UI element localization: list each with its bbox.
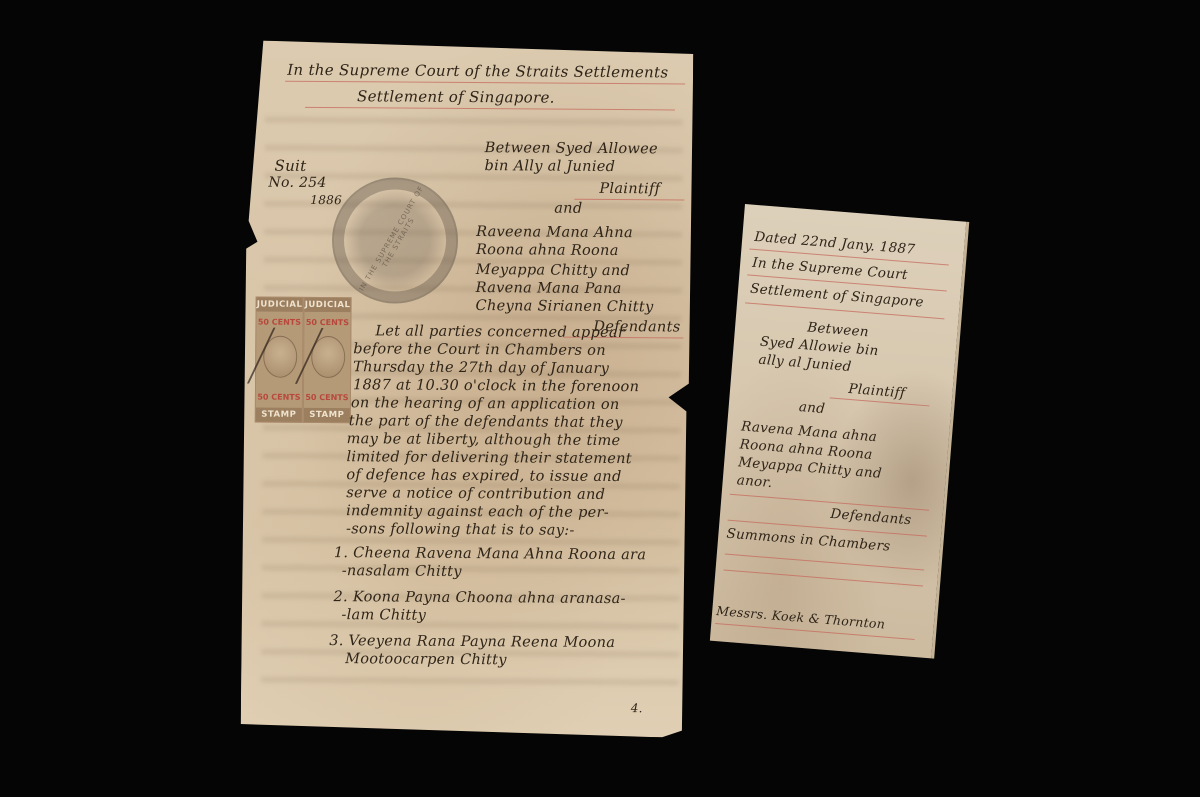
body-line: before the Court in Chambers on bbox=[353, 341, 606, 359]
party-line: bin Ally al Junied bbox=[485, 158, 616, 175]
suit-number: No. 254 bbox=[268, 175, 326, 191]
party-line: Between Syed Allowee bbox=[485, 140, 658, 157]
heading-rule-1 bbox=[285, 81, 685, 85]
party-line: Cheyna Sirianen Chitty bbox=[476, 298, 654, 315]
court-seal-icon: IN THE SUPREME COURT OF THE STRAITS bbox=[332, 177, 459, 304]
docket-plaintiff: Plaintiff bbox=[848, 381, 906, 402]
docket-rule bbox=[730, 494, 929, 511]
docket-document: Dated 22nd Jany. 1887 In the Supreme Cou… bbox=[710, 204, 969, 659]
person-2-line-2: -lam Chitty bbox=[341, 607, 426, 624]
body-line: indemnity against each of the per- bbox=[346, 503, 609, 521]
party-line: Raveena Mana Ahna bbox=[476, 224, 633, 241]
body-line: -sons following that is to say:- bbox=[346, 521, 575, 539]
body-line: on the hearing of an application on bbox=[351, 395, 620, 413]
docket-settlement: Settlement of Singapore bbox=[750, 281, 925, 311]
body-line: 1887 at 10.30 o'clock in the forenoon bbox=[353, 377, 639, 395]
body-line: Thursday the 27th day of January bbox=[353, 359, 609, 377]
person-3-line-2: Mootoocarpen Chitty bbox=[345, 651, 507, 668]
docket-rule bbox=[724, 569, 923, 586]
judicial-stamp: JUDICIAL 50 CENTS 50 CENTS STAMP bbox=[303, 297, 352, 423]
person-3-line-1: 3. Veeyena Rana Payna Reena Moona bbox=[329, 633, 615, 651]
suit-label: Suit bbox=[274, 157, 306, 175]
party-line: Ravena Mana Pana bbox=[476, 280, 622, 297]
suit-year: 1886 bbox=[310, 193, 342, 207]
docket-party: anor. bbox=[736, 472, 773, 491]
person-2-line-1: 2. Koona Payna Choona ahna aranasa- bbox=[333, 589, 625, 607]
docket-and: and bbox=[798, 399, 825, 417]
party-line: Roona ahna Roona bbox=[476, 242, 619, 259]
body-line: serve a notice of contribution and bbox=[346, 485, 605, 503]
docket-defendants: Defendants bbox=[830, 506, 912, 528]
body-line: Let all parties concerned appear bbox=[375, 323, 625, 341]
plaintiff-label: Plaintiff bbox=[599, 181, 660, 197]
person-1-line-1: 1. Cheena Ravena Mana Ahna Roona ara bbox=[334, 545, 646, 563]
party-line: Meyappa Chitty and bbox=[476, 262, 630, 279]
docket-solicitors: Messrs. Koek & Thornton bbox=[716, 603, 886, 632]
body-line: limited for delivering their statement bbox=[346, 449, 632, 467]
body-line: the part of the defendants that they bbox=[349, 413, 623, 431]
body-line: may be at liberty, although the time bbox=[347, 431, 621, 449]
person-1-line-2: -nasalam Chitty bbox=[342, 563, 462, 580]
judicial-stamp: JUDICIAL 50 CENTS 50 CENTS STAMP bbox=[255, 297, 304, 423]
docket-rule bbox=[725, 554, 924, 571]
heading-line-1: In the Supreme Court of the Straits Sett… bbox=[287, 61, 668, 82]
heading-line-2: Settlement of Singapore. bbox=[357, 87, 555, 106]
body-line: of defence has expired, to issue and bbox=[346, 467, 621, 485]
page-number: 4. bbox=[631, 701, 643, 715]
docket-date: Dated 22nd Jany. 1887 bbox=[754, 229, 916, 258]
and-label: and bbox=[554, 201, 582, 217]
summons-document: In the Supreme Court of the Straits Sett… bbox=[241, 40, 694, 737]
